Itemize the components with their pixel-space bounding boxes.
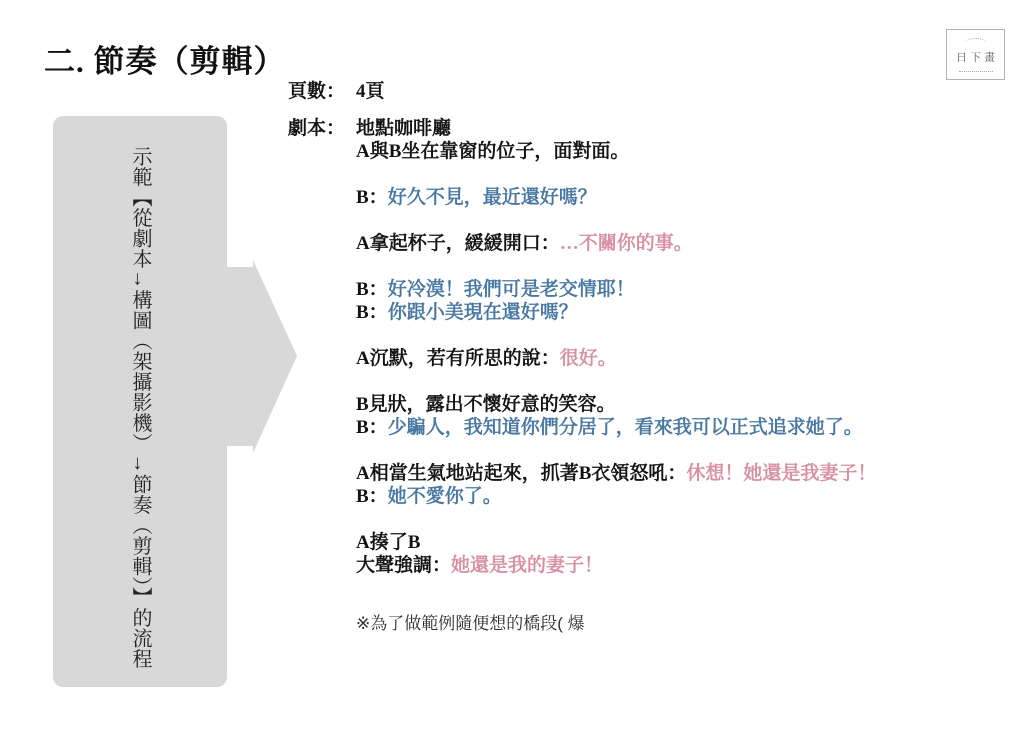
script-line [356, 163, 1016, 186]
script-line: A沉默，若有所思的說：很好。 [356, 347, 1016, 370]
script-line: 大聲強調：她還是我的妻子！ [356, 554, 1016, 577]
script-line: 地點咖啡廳 [356, 117, 1016, 140]
dialogue-segment: 休想！她還是我妻子！ [686, 463, 876, 484]
script-label: 劇本： [288, 117, 345, 140]
pages-value: 4頁 [356, 80, 385, 103]
dialogue-segment: A拿起杯子，緩緩開口： [356, 233, 560, 254]
dialogue-segment: B： [356, 486, 388, 507]
dialogue-segment: 她不愛你了。 [388, 486, 502, 507]
script-line: B：少騙人，我知道你們分居了，看來我可以正式追求她了。 [356, 416, 1016, 439]
flow-arrow-label: 示範【從劇本→構圖（架攝影機）→節奏（剪輯）】的流程 [130, 146, 150, 669]
script-line: B：好久不見，最近還好嗎？ [356, 186, 1016, 209]
dialogue-segment: …不關你的事。 [560, 233, 693, 254]
dialogue-segment: B： [356, 279, 388, 300]
logo-underline-decoration [959, 68, 993, 72]
script-line [356, 209, 1016, 232]
dialogue-segment: B： [356, 302, 388, 323]
publisher-logo: 日下畫 [946, 29, 1005, 80]
dialogue-segment: 好冷漠！我們可是老交情耶！ [388, 279, 635, 300]
dialogue-segment: 地點咖啡廳 [356, 118, 451, 139]
script-line: B：她不愛你了。 [356, 485, 1016, 508]
script-line [356, 255, 1016, 278]
script-lines: 地點咖啡廳A與B坐在靠窗的位子，面對面。B：好久不見，最近還好嗎？A拿起杯子，緩… [356, 117, 1016, 577]
flow-arrow-body: 示範【從劇本→構圖（架攝影機）→節奏（剪輯）】的流程 [53, 116, 227, 687]
dialogue-segment: A揍了B [356, 532, 420, 553]
dialogue-segment: 好久不見，最近還好嗎？ [388, 187, 597, 208]
dialogue-segment: B見狀，露出不懷好意的笑容。 [356, 394, 616, 415]
script-line [356, 439, 1016, 462]
dialogue-segment: A相當生氣地站起來，抓著B衣領怒吼： [356, 463, 686, 484]
dialogue-segment: 她還是我的妻子！ [451, 555, 603, 576]
page-title: 二. 節奏（剪輯） [44, 36, 286, 81]
pages-label: 頁數： [288, 80, 345, 103]
script-line: A相當生氣地站起來，抓著B衣領怒吼：休想！她還是我妻子！ [356, 462, 1016, 485]
dialogue-segment: A沉默，若有所思的說： [356, 348, 560, 369]
logo-arc-decoration [965, 38, 987, 48]
script-line [356, 370, 1016, 393]
script-line [356, 508, 1016, 531]
dialogue-segment: 你跟小美現在還好嗎？ [388, 302, 578, 323]
logo-text: 日下畫 [956, 49, 998, 65]
dialogue-segment: 很好。 [560, 348, 617, 369]
slide-canvas: { "page": { "title": "二. 節奏（剪輯）", "footn… [0, 0, 1024, 732]
footnote: ※為了做範例隨便想的橋段( 爆 [356, 612, 585, 636]
flow-arrow-head [227, 255, 302, 460]
dialogue-segment: A與B坐在靠窗的位子，面對面。 [356, 141, 629, 162]
script-line: A揍了B [356, 531, 1016, 554]
dialogue-segment: B： [356, 187, 388, 208]
script-line: B：好冷漠！我們可是老交情耶！ [356, 278, 1016, 301]
script-line [356, 324, 1016, 347]
dialogue-segment: 少騙人，我知道你們分居了，看來我可以正式追求她了。 [388, 417, 863, 438]
dialogue-segment: B： [356, 417, 388, 438]
script-line: A拿起杯子，緩緩開口：…不關你的事。 [356, 232, 1016, 255]
flow-arrow-head-shape [227, 260, 297, 453]
dialogue-segment: 大聲強調： [356, 555, 451, 576]
script-line: B見狀，露出不懷好意的笑容。 [356, 393, 1016, 416]
script-line: A與B坐在靠窗的位子，面對面。 [356, 140, 1016, 163]
script-line: B：你跟小美現在還好嗎？ [356, 301, 1016, 324]
